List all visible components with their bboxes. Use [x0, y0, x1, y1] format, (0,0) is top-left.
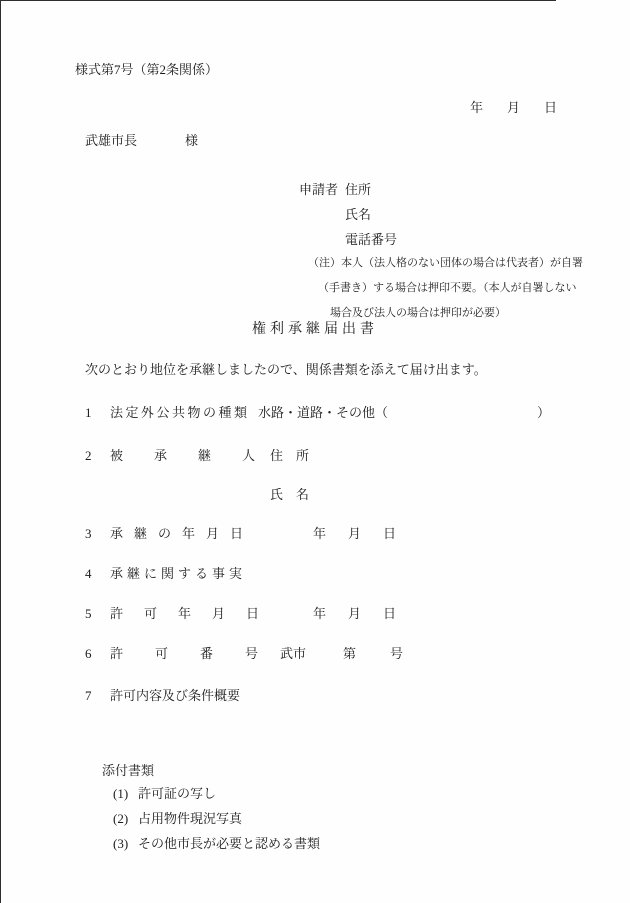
item-3-month-label: 月: [348, 526, 361, 542]
item-3-year-label: 年: [313, 526, 326, 542]
applicant-phone-label: 電話番号: [345, 232, 397, 248]
scan-edge-left: [0, 0, 1, 903]
item-1-value: 水路・道路・その他（: [258, 405, 388, 421]
item-6-counter-go: 号: [390, 646, 403, 662]
document-page: 様式第7号（第2条関係） 年 月 日 武雄市長 様 申請者 住所 氏名 電話番号…: [0, 0, 630, 903]
item-5-year-label: 年: [313, 606, 326, 622]
scan-edge-top: [0, 0, 556, 1]
intro-sentence: 次のとおり地位を承継しましたので、関係書類を添えて届け出ます。: [85, 362, 487, 378]
item-5-number: 5: [85, 606, 92, 622]
date-year-label: 年: [470, 100, 483, 116]
item-6-label: 許可番号: [110, 646, 290, 662]
applicant-address-label: 住所: [345, 182, 371, 198]
item-2-number: 2: [85, 448, 92, 464]
applicant-note-line-3: 場合及び法人の場合は押印が必要）: [330, 307, 506, 320]
item-2-name-label: 氏 名: [270, 487, 309, 503]
date-month-label: 月: [507, 100, 520, 116]
item-5-day-label: 日: [383, 606, 396, 622]
attachment-3-label: その他市長が必要と認める書類: [138, 836, 320, 852]
applicant-note-line-1: （注）本人（法人格のない団体の場合は代表者）が自署: [308, 257, 583, 270]
item-2-label: 被承継人: [110, 448, 286, 464]
item-4-label: 承継に関する事実: [110, 566, 246, 582]
item-2-address-label: 住 所: [270, 448, 309, 464]
item-4-number: 4: [85, 566, 92, 582]
attachment-2-label: 占用物件現況写真: [138, 811, 242, 827]
item-6-permit-prefix: 武市: [280, 646, 306, 662]
item-7-number: 7: [85, 688, 92, 704]
document-title: 権利承継届出書: [0, 322, 630, 339]
attachment-2-number: (2): [113, 811, 128, 827]
item-5-month-label: 月: [348, 606, 361, 622]
applicant-note-line-2: （手書き）する場合は押印不要。（本人が自署しない: [318, 282, 577, 295]
attachment-1-number: (1): [113, 786, 128, 802]
item-3-day-label: 日: [383, 526, 396, 542]
attachment-1-label: 許可証の写し: [138, 786, 216, 802]
attachment-3-number: (3): [113, 836, 128, 852]
item-3-label: 承継の年月日: [110, 526, 254, 542]
attachments-header: 添付書類: [102, 763, 154, 779]
item-1-number: 1: [85, 405, 92, 421]
item-1-value-close-paren: ）: [537, 405, 550, 421]
item-5-label: 許可年月日: [110, 606, 280, 622]
form-number-label: 様式第7号（第2条関係）: [75, 62, 218, 78]
item-6-counter-dai: 第: [343, 646, 356, 662]
item-3-number: 3: [85, 526, 92, 542]
date-day-label: 日: [544, 100, 557, 116]
applicant-name-label: 氏名: [345, 207, 371, 223]
item-7-label: 許可内容及び条件概要: [110, 688, 240, 704]
applicant-label: 申請者: [299, 182, 338, 198]
item-6-number: 6: [85, 646, 92, 662]
addressee-name: 武雄市長: [85, 133, 137, 149]
item-1-label: 法定外公共物の種類: [110, 405, 250, 421]
addressee-honorific: 様: [185, 133, 198, 149]
